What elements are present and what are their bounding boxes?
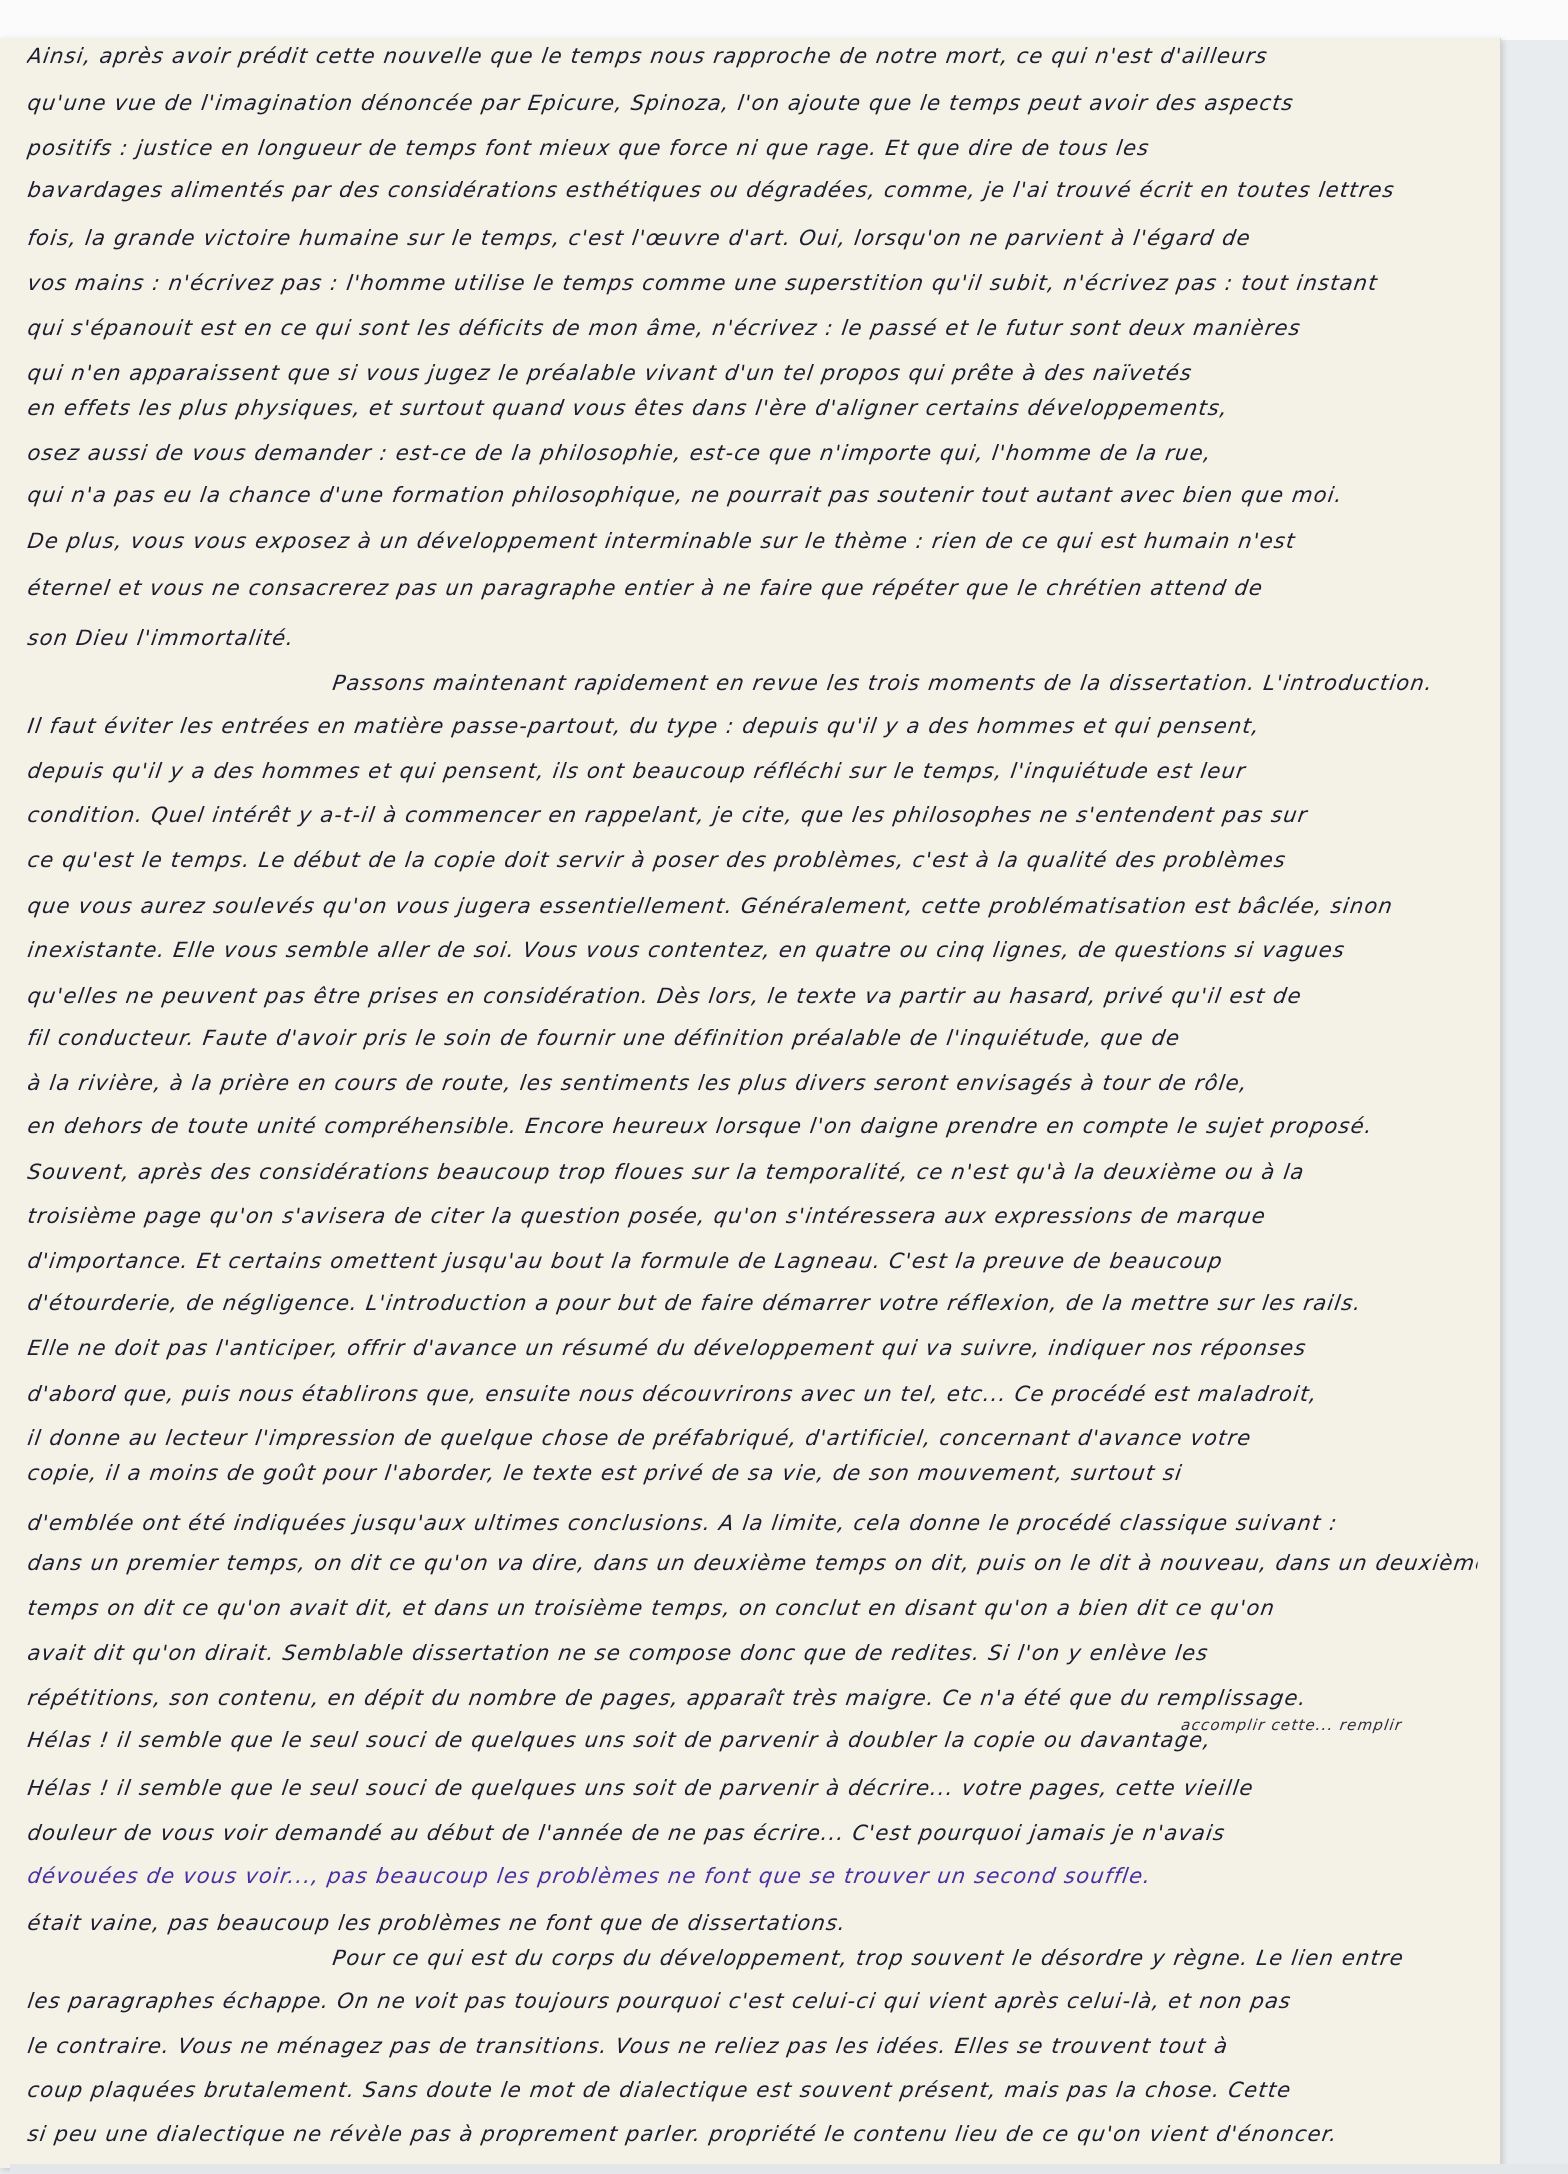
handwritten-line: que vous aurez soulevés qu'on vous juger…	[26, 894, 1479, 918]
handwritten-line: il donne au lecteur l'impression de quel…	[26, 1426, 1479, 1450]
handwritten-line: vos mains : n'écrivez pas : l'homme util…	[26, 271, 1479, 295]
handwritten-line: osez aussi de vous demander : est-ce de …	[26, 441, 1479, 465]
handwritten-line: son Dieu l'immortalité.	[26, 626, 1479, 650]
handwritten-line: avait dit qu'on dirait. Semblable disser…	[26, 1641, 1479, 1665]
handwritten-line: les paragraphes échappe. On ne voit pas …	[26, 1989, 1479, 2013]
handwritten-line: ce qu'est le temps. Le début de la copie…	[26, 848, 1479, 872]
handwritten-line: qui n'en apparaissent que si vous jugez …	[26, 361, 1479, 385]
handwritten-line: fil conducteur. Faute d'avoir pris le so…	[26, 1026, 1479, 1050]
handwritten-line: dans un premier temps, on dit ce qu'on v…	[26, 1551, 1479, 1575]
handwritten-line: Il faut éviter les entrées en matière pa…	[26, 714, 1479, 738]
handwritten-line: De plus, vous vous exposez à un développ…	[26, 529, 1479, 553]
handwritten-line: d'étourderie, de négligence. L'introduct…	[26, 1291, 1479, 1315]
handwritten-line: qu'une vue de l'imagination dénoncée par…	[26, 91, 1479, 115]
handwritten-line: d'emblée ont été indiquées jusqu'aux ult…	[26, 1511, 1479, 1535]
handwritten-line: répétitions, son contenu, en dépit du no…	[26, 1686, 1479, 1710]
handwritten-line: d'importance. Et certains omettent jusqu…	[26, 1249, 1479, 1273]
handwritten-line: Souvent, après des considérations beauco…	[26, 1160, 1479, 1184]
handwritten-line: bavardages alimentés par des considérati…	[26, 178, 1479, 202]
handwritten-line: à la rivière, à la prière en cours de ro…	[26, 1071, 1479, 1095]
handwritten-line: qui s'épanouit est en ce qui sont les dé…	[26, 316, 1479, 340]
handwritten-line: positifs : justice en longueur de temps …	[26, 136, 1479, 160]
handwritten-line: Pour ce qui est du corps du développemen…	[26, 1946, 1479, 1970]
handwritten-line: temps on dit ce qu'on avait dit, et dans…	[26, 1596, 1479, 1620]
handwritten-line: Hélas ! il semble que le seul souci de q…	[26, 1776, 1479, 1800]
handwritten-line: en dehors de toute unité compréhensible.…	[26, 1114, 1479, 1138]
handwritten-line: fois, la grande victoire humaine sur le …	[26, 226, 1479, 250]
handwritten-line: condition. Quel intérêt y a-t-il à comme…	[26, 803, 1479, 827]
handwritten-line: éternel et vous ne consacrerez pas un pa…	[26, 576, 1479, 600]
handwritten-line: Elle ne doit pas l'anticiper, offrir d'a…	[26, 1336, 1479, 1360]
handwritten-line: d'abord que, puis nous établirons que, e…	[26, 1382, 1479, 1406]
handwritten-line: Ainsi, après avoir prédit cette nouvelle…	[26, 44, 1479, 68]
handwritten-line: douleur de vous voir demandé au début de…	[26, 1821, 1479, 1845]
handwritten-line: qui n'a pas eu la chance d'une formation…	[26, 483, 1479, 507]
handwritten-line: qu'elles ne peuvent pas être prises en c…	[26, 984, 1479, 1008]
handwritten-line: coup plaquées brutalement. Sans doute le…	[26, 2078, 1479, 2102]
handwritten-line: troisième page qu'on s'avisera de citer …	[26, 1204, 1479, 1228]
scan-bottom-margin	[10, 2164, 1568, 2174]
handwritten-line: était vaine, pas beaucoup les problèmes …	[26, 1911, 1479, 1935]
handwritten-line: en effets les plus physiques, et surtout…	[26, 396, 1479, 420]
handwritten-line: Passons maintenant rapidement en revue l…	[26, 671, 1479, 695]
handwritten-line: inexistante. Elle vous semble aller de s…	[26, 938, 1479, 962]
manuscript-page	[0, 38, 1501, 2168]
handwritten-line: depuis qu'il y a des hommes et qui pense…	[26, 759, 1479, 783]
annotation-line: dévouées de vous voir..., pas beaucoup l…	[26, 1864, 1479, 1888]
handwritten-line: le contraire. Vous ne ménagez pas de tra…	[26, 2034, 1479, 2058]
handwritten-line: copie, il a moins de goût pour l'aborder…	[26, 1461, 1479, 1485]
scan-top-margin	[0, 0, 1568, 40]
interlinear-note: accomplir cette... remplir	[1180, 1716, 1483, 1734]
handwritten-line: si peu une dialectique ne révèle pas à p…	[26, 2122, 1479, 2146]
